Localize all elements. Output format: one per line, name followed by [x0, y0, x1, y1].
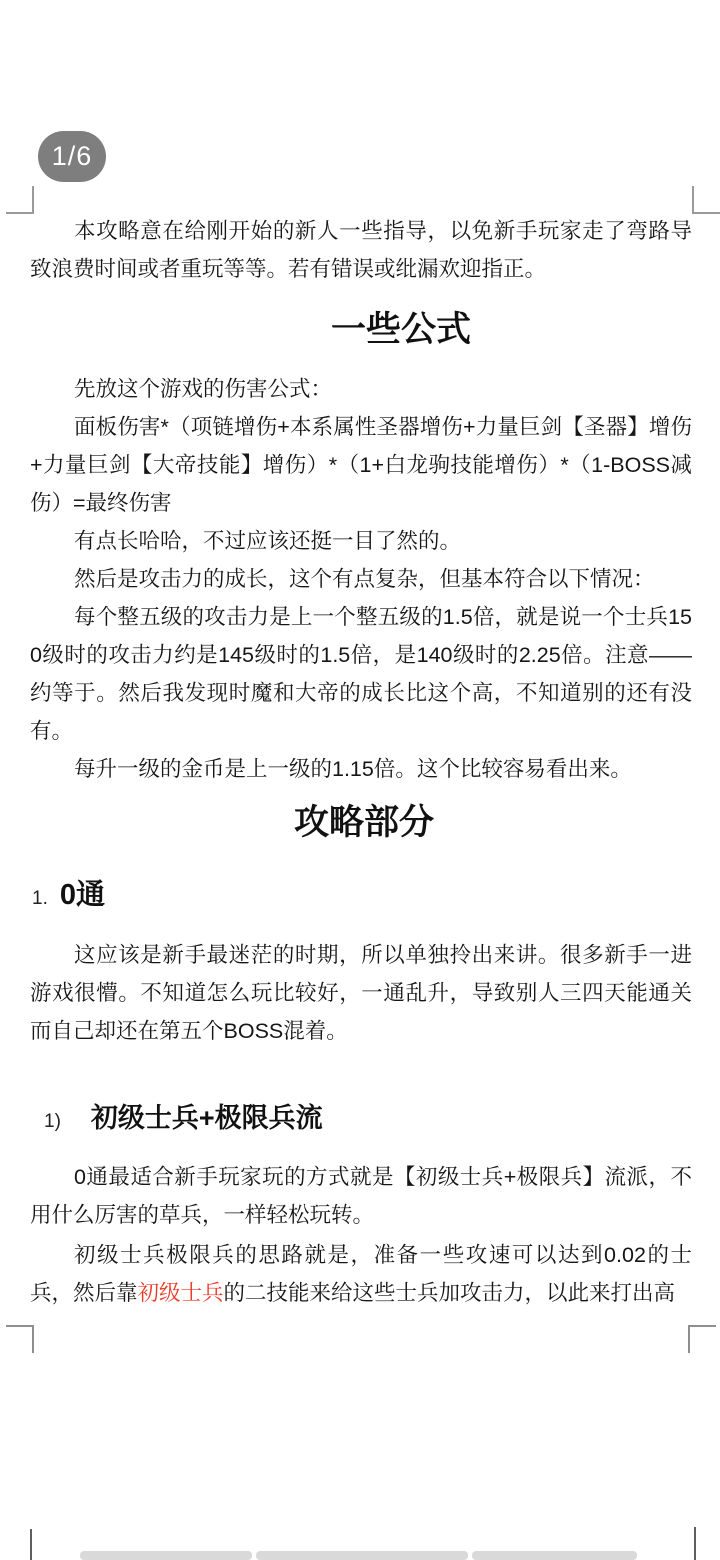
paragraph-damage-formula: 面板伤害*（项链增伤+本系属性圣器增伤+力量巨剑【圣器】增伤+力量巨剑【大帝技能… — [30, 408, 692, 522]
subsection-1-heading: 1) 初级士兵+极限兵流 — [44, 1096, 323, 1135]
paragraph-formula-intro: 先放这个游戏的伤害公式： — [30, 370, 692, 408]
text-boundary-mark-top-left — [6, 186, 34, 214]
text-boundary-mark-top-right — [692, 186, 720, 214]
heading-guide-text: 攻略部分 — [294, 803, 434, 842]
paragraph-gold-note: 每升一级的金币是上一级的1.15倍。这个比较容易看出来。 — [30, 750, 692, 788]
page-number-label: 1/6 — [52, 141, 93, 172]
next-page-table-cell-top-1 — [80, 1551, 252, 1560]
section-1-title: 0通 — [60, 872, 105, 913]
paragraph-subsection-1-b-after: 的二技能来给这些士兵加攻击力，以此来打出高 — [224, 1281, 676, 1305]
next-page-left-boundary-line — [30, 1529, 32, 1560]
paragraph-subsection-1-a: 0通最适合新手玩家玩的方式就是【初级士兵+极限兵】流派，不用什么厉害的草兵，一样… — [30, 1158, 692, 1234]
paragraph-growth-detail: 每个整五级的攻击力是上一个整五级的1.5倍，就是说一个士兵150级时的攻击力约是… — [30, 598, 692, 750]
paragraph-intro: 本攻略意在给刚开始的新人一些指导，以免新手玩家走了弯路导致浪费时间或者重玩等等。… — [30, 212, 692, 288]
paragraph-formula-comment: 有点长哈哈，不过应该还挺一目了然的。 — [30, 522, 692, 560]
next-page-table-cell-top-2 — [256, 1551, 468, 1560]
page-indicator-badge: 1/6 — [38, 131, 106, 182]
text-boundary-mark-bottom-right — [688, 1325, 716, 1353]
next-page-table-cell-top-3 — [472, 1551, 637, 1560]
section-1-number: 1. — [32, 888, 48, 910]
subsection-1-title: 初级士兵+极限兵流 — [91, 1096, 323, 1135]
paragraph-section-1-intro: 这应该是新手最迷茫的时期，所以单独拎出来讲。很多新手一进游戏很懵。不知道怎么玩比… — [30, 936, 692, 1050]
text-boundary-mark-bottom-left — [6, 1325, 34, 1353]
paragraph-subsection-1-b: 初级士兵极限兵的思路就是，准备一些攻速可以达到0.02的士兵，然后靠初级士兵的二… — [30, 1236, 692, 1312]
subsection-1-number: 1) — [44, 1111, 61, 1133]
heading-guide: 攻略部分 — [30, 792, 692, 854]
heading-formulas: 一些公式 — [30, 298, 692, 362]
document-page[interactable]: 1/6 本攻略意在给刚开始的新人一些指导，以免新手玩家走了弯路导致浪费时间或者重… — [0, 0, 720, 1560]
highlighted-term-junior-soldier: 初级士兵 — [138, 1281, 224, 1305]
section-1-heading: 1. 0通 — [32, 872, 105, 913]
next-page-right-boundary-line — [694, 1527, 696, 1560]
heading-formulas-text: 一些公式 — [331, 310, 471, 349]
paragraph-growth-intro: 然后是攻击力的成长，这个有点复杂，但基本符合以下情况： — [30, 560, 692, 598]
